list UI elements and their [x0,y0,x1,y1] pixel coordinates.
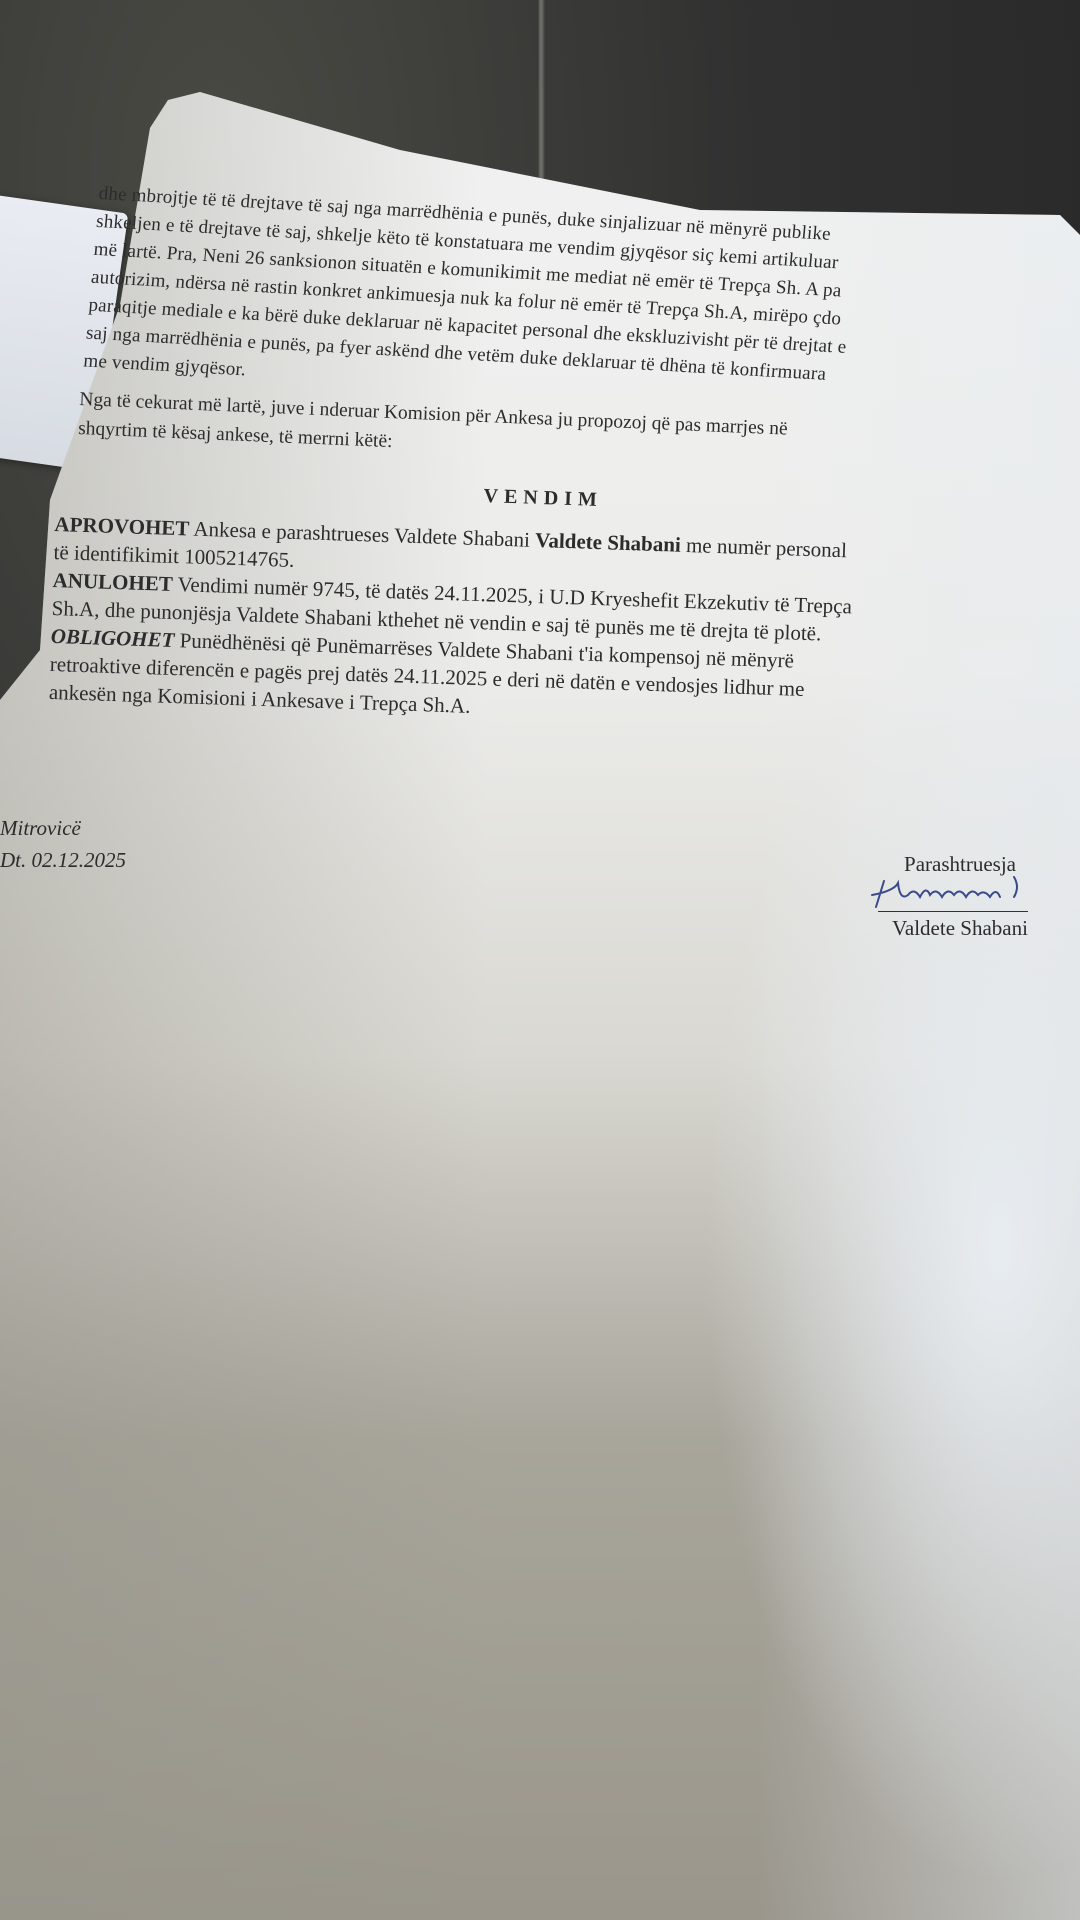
place-date: Mitrovicë Dt. 02.12.2025 [0,812,126,876]
keyword-approve: APROVOHET [54,512,190,540]
signature-block: Parashtruesja Valdete Shabani [870,852,1050,941]
approve-text-tail: me numër personal [680,533,847,562]
signatory-name: Valdete Shabani [870,916,1050,941]
date: Dt. 02.12.2025 [0,844,126,876]
applicant-name-bold: Valdete Shabani [535,528,681,557]
decision-body: APROVOHET Ankesa e parashtrueses Valdete… [49,510,1055,739]
place: Mitrovicë [0,812,126,844]
keyword-annul: ANULOHET [52,568,173,596]
keyword-obligate: OBLIGOHET [50,624,174,652]
handwritten-signature-icon [870,877,1050,911]
decision-heading: VENDIM [483,485,603,512]
